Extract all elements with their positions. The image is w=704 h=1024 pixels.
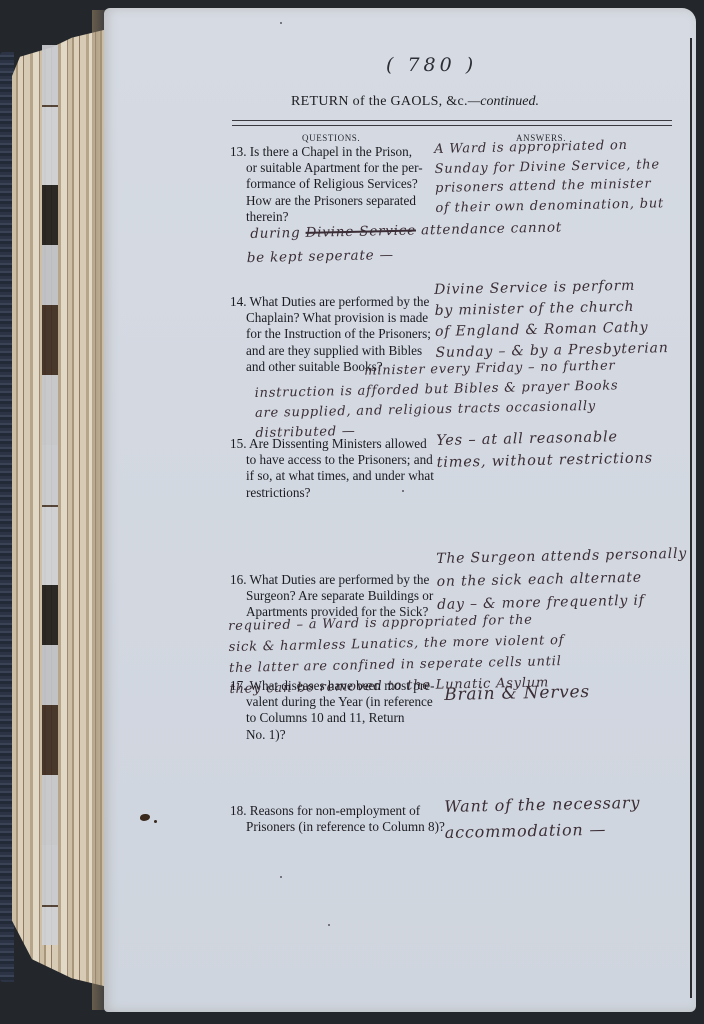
question-line: to Columns 10 and 11, Return (230, 710, 435, 726)
struck-text: Divine Service (305, 223, 416, 241)
scanned-book-spread: ( 780 ) RETURN of the GAOLS, &c.—continu… (0, 0, 704, 1024)
answer-line: Brain & Nerves (444, 681, 590, 708)
answer-17: Brain & Nerves (444, 681, 590, 708)
question-line: if so, at what times, and under what (230, 468, 435, 484)
question-line: or suitable Apartment for the per- (230, 160, 435, 176)
question-line: valent during the Year (in reference (230, 694, 435, 710)
answer-13-continued: during Divine Service attendance cannot … (250, 216, 563, 270)
book-binding (0, 52, 14, 982)
page-title: RETURN of the GAOLS, &c.—continued. (104, 94, 696, 110)
question-17: 17. What diseases have been most pre- va… (230, 678, 435, 743)
question-line: Prisoners (in reference to Column 8)? (230, 819, 445, 835)
question-line: Surgeon? Are separate Buildings or (230, 588, 435, 604)
answer-line: times, without restrictions (436, 447, 653, 474)
answer-line: of their own denomination, but (435, 194, 664, 218)
answer-line: accommodation — (445, 816, 642, 846)
answer-13: A Ward is appropriated on Sunday for Div… (434, 135, 664, 218)
page-number: ( 780 ) (386, 54, 477, 76)
title-main: RETURN of the GAOLS, &c. (291, 94, 468, 109)
question-line: and are they supplied with Bibles (230, 343, 435, 359)
question-line: to have access to the Prisoners; and (230, 452, 435, 468)
paper-speck (328, 924, 330, 926)
question-line: formance of Religious Services? (230, 176, 435, 192)
answer-15: Yes – at all reasonable times, without r… (436, 425, 653, 474)
question-13: 13. Is there a Chapel in the Prison, or … (230, 144, 435, 225)
answer-16: The Surgeon attends personally on the si… (436, 543, 688, 617)
question-line: 14. What Duties are performed by the (230, 294, 435, 310)
ink-speck (154, 820, 157, 823)
answer-14: Divine Service is perform by minister of… (434, 275, 669, 364)
question-line: Chaplain? What provision is made (230, 310, 435, 326)
answer-line: Want of the necessary (444, 790, 641, 820)
question-line: restrictions? (230, 485, 435, 501)
question-line: No. 1)? (230, 727, 435, 743)
paper-speck (280, 876, 282, 878)
page-edge-line (690, 38, 692, 998)
question-line: for the Instruction of the Prisoners; (230, 326, 435, 342)
questions-column-header: QUESTIONS. (302, 133, 360, 143)
question-15: 15. Are Dissenting Ministers allowed to … (230, 436, 435, 501)
ink-blot (140, 814, 150, 821)
index-tabs (42, 45, 58, 945)
paper-speck (402, 490, 404, 492)
paper-speck (280, 22, 282, 24)
question-18: 18. Reasons for non-employment of Prison… (230, 803, 445, 835)
question-line: 18. Reasons for non-employment of (230, 803, 445, 819)
title-continued: —continued. (468, 94, 539, 109)
ledger-page: ( 780 ) RETURN of the GAOLS, &c.—continu… (104, 8, 696, 1012)
answer-18: Want of the necessary accommodation — (444, 790, 641, 846)
question-line: 15. Are Dissenting Ministers allowed (230, 436, 435, 452)
question-line: 16. What Duties are performed by the (230, 572, 435, 588)
question-line: How are the Prisoners separated (230, 193, 435, 209)
question-line: 17. What diseases have been most pre- (230, 678, 435, 694)
title-double-rule (232, 120, 672, 126)
question-line: 13. Is there a Chapel in the Prison, (230, 144, 435, 160)
